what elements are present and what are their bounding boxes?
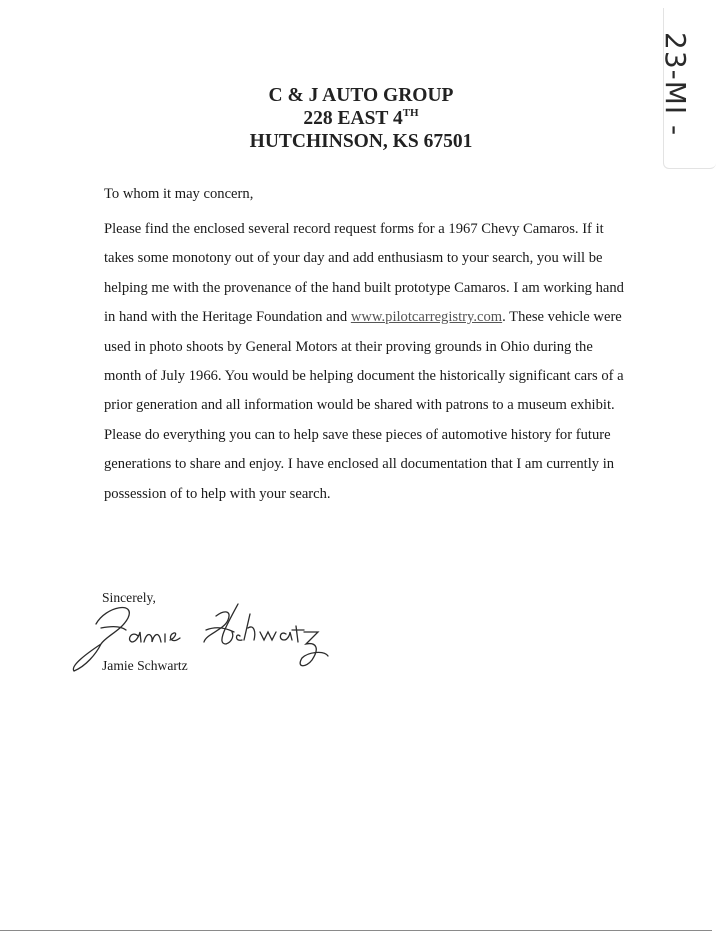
page-edge — [0, 930, 712, 931]
signer-name: Jamie Schwartz — [102, 658, 188, 674]
city-state-zip: HUTCHINSON, KS 67501 — [0, 130, 722, 153]
street-address: 228 EAST 4TH — [0, 107, 722, 130]
body-line: used in photo shoots by General Motors a… — [104, 333, 624, 362]
company-name: C & J AUTO GROUP — [0, 84, 722, 107]
corner-tag-text: 23-MI - — [659, 32, 692, 136]
body-line: takes some monotony out of your day and … — [104, 244, 624, 273]
body-line-with-link: in hand with the Heritage Foundation and… — [104, 303, 624, 332]
body-line: month of July 1966. You would be helping… — [104, 362, 624, 391]
registry-link[interactable]: www.pilotcarregistry.com — [351, 309, 502, 325]
body-line: possession of to help with your search. — [104, 480, 624, 509]
body-line-text: in hand with the Heritage Foundation and — [104, 309, 351, 325]
body-line: Please find the enclosed several record … — [104, 215, 624, 244]
body-line: helping me with the provenance of the ha… — [104, 274, 624, 303]
body-line: Please do everything you can to help sav… — [104, 421, 624, 450]
body-line: generations to share and enjoy. I have e… — [104, 450, 624, 479]
letter-body: Please find the enclosed several record … — [104, 215, 624, 509]
letterhead: C & J AUTO GROUP 228 EAST 4TH HUTCHINSON… — [0, 84, 722, 153]
street-suffix: TH — [403, 107, 419, 119]
body-line-text: . These vehicle were — [502, 309, 622, 325]
body-line: prior generation and all information wou… — [104, 391, 624, 420]
handwritten-corner-tag: 23-MI - — [663, 8, 716, 169]
salutation: To whom it may concern, — [104, 186, 253, 203]
street-text: 228 EAST 4 — [303, 108, 402, 129]
